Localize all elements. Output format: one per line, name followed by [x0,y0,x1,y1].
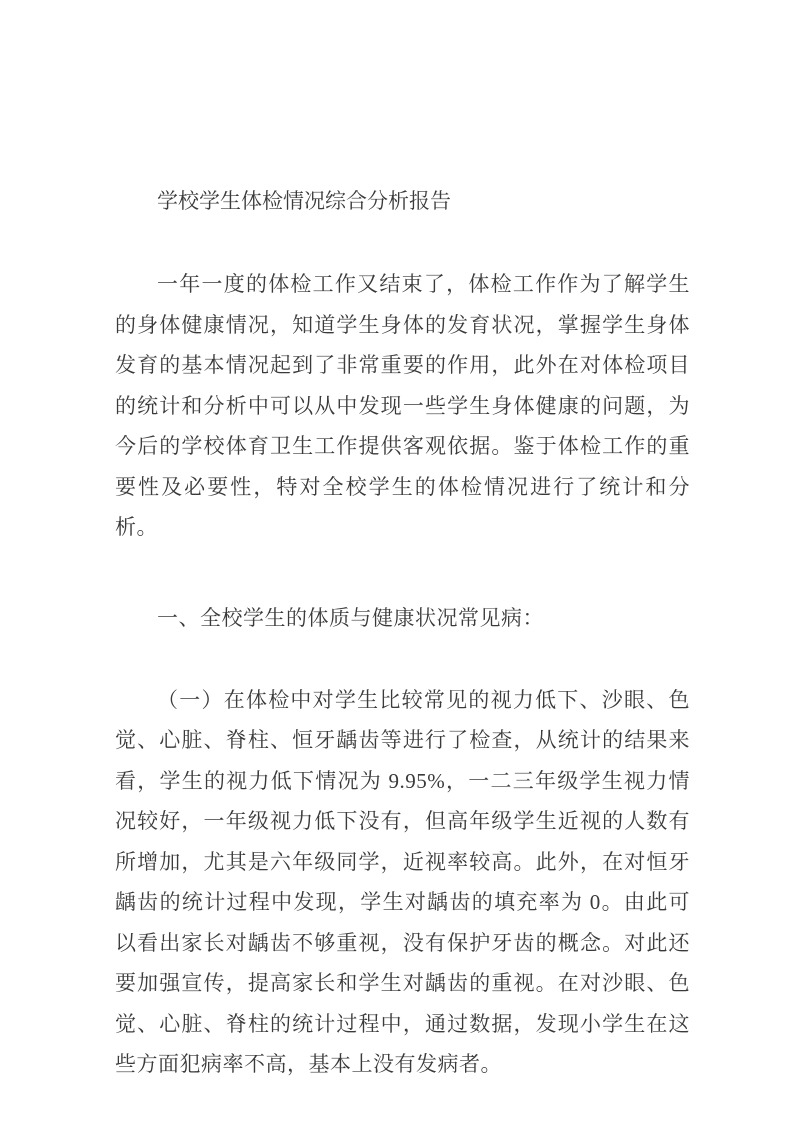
document-title: 学校学生体检情况综合分析报告 [115,181,690,221]
analysis-paragraph: （一）在体检中对学生比较常见的视力低下、沙眼、色觉、心脏、脊柱、恒牙龋齿等进行了… [115,680,690,1085]
section-heading: 一、全校学生的体质与健康状况常见病： [115,598,690,638]
document-page: 学校学生体检情况综合分析报告 一年一度的体检工作又结束了，体检工作作为了解学生的… [0,0,793,1122]
intro-paragraph: 一年一度的体检工作又结束了，体检工作作为了解学生的身体健康情况，知道学生身体的发… [115,264,690,548]
document-content: 学校学生体检情况综合分析报告 一年一度的体检工作又结束了，体检工作作为了解学生的… [0,0,793,1085]
